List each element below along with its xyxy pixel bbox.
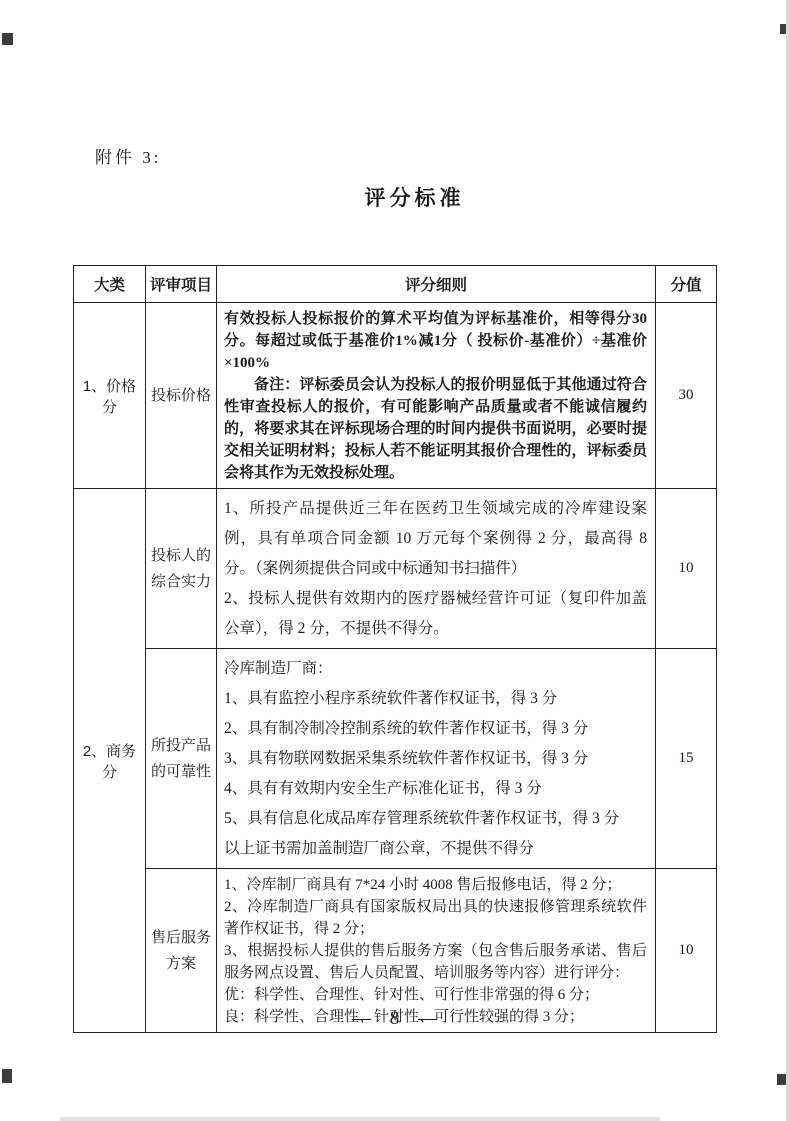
details-paragraph: 2、具有制冷制冷控制系统的软件著作权证书，得 3 分 [224, 714, 647, 744]
score-strength: 10 [656, 489, 717, 649]
header-review-item: 评审项目 [146, 266, 217, 303]
details-strength: 1、所投产品提供近三年在医药卫生领域完成的冷库建设案例，具有单项合同金额 10 … [217, 489, 656, 649]
table-header-row: 大类 评审项目 评分细则 分值 [74, 266, 717, 303]
details-paragraph: 1、冷库制厂商具有 7*24 小时 4008 售后报修电话，得 2 分； [224, 874, 647, 896]
table-row-strength: 2、商务分 投标人的综合实力 1、所投产品提供近三年在医药卫生领域完成的冷库建设… [74, 489, 717, 649]
header-scoring-details: 评分细则 [217, 266, 656, 303]
scan-artifact-bottom-left [2, 1069, 12, 1083]
scan-artifact-top-left [2, 33, 13, 45]
details-paragraph: 2、投标人提供有效期内的医疗器械经营许可证（复印件加盖公章），得 2 分，不提供… [224, 584, 647, 644]
category-commercial: 2、商务分 [74, 489, 146, 1033]
score-price: 30 [656, 303, 717, 489]
details-paragraph: 优：科学性、合理性、针对性、可行性非常强的得 6 分； [224, 984, 647, 1006]
page-number: — 8 — [0, 1008, 789, 1030]
details-paragraph: 冷库制造厂商： [224, 654, 647, 684]
details-paragraph: 备注：评标委员会认为投标人的报价明显低于其他通过符合性审查投标人的报价，有可能影… [224, 374, 647, 484]
scoring-table: 大类 评审项目 评分细则 分值 1、价格分 投标价格 有效投标人投标报价的算术平… [73, 265, 717, 1033]
page-title: 评分标准 [365, 182, 465, 212]
category-price: 1、价格分 [74, 303, 146, 489]
scan-edge-bottom [60, 1117, 660, 1121]
scan-artifact-bottom-right [777, 1074, 786, 1085]
details-bid-price: 有效投标人投标报价的算术平均值为评标基准价，相等得分30分。每超过或低于基准价1… [217, 303, 656, 489]
table-row-price: 1、价格分 投标价格 有效投标人投标报价的算术平均值为评标基准价，相等得分30分… [74, 303, 717, 489]
attachment-label: 附件 3: [95, 143, 161, 168]
review-item-strength: 投标人的综合实力 [146, 489, 217, 649]
review-item-reliability: 所投产品的可靠性 [146, 649, 217, 869]
review-item-bid-price: 投标价格 [146, 303, 217, 489]
details-paragraph: 有效投标人投标报价的算术平均值为评标基准价，相等得分30分。每超过或低于基准价1… [224, 308, 647, 374]
details-paragraph: 4、具有有效期内安全生产标准化证书，得 3 分 [224, 774, 647, 804]
details-paragraph: 1、所投产品提供近三年在医药卫生领域完成的冷库建设案例，具有单项合同金额 10 … [224, 494, 647, 584]
details-paragraph: 2、冷库制造厂商具有国家版权局出具的快速报修管理系统软件著作权证书，得 2 分； [224, 896, 647, 940]
details-paragraph: 3、根据投标人提供的售后服务方案（包含售后服务承诺、售后服务网点设置、售后人员配… [224, 940, 647, 984]
details-paragraph: 5、具有信息化成品库存管理系统软件著作权证书，得 3 分 [224, 804, 647, 834]
header-score: 分值 [656, 266, 717, 303]
details-reliability: 冷库制造厂商： 1、具有监控小程序系统软件著作权证书，得 3 分 2、具有制冷制… [217, 649, 656, 869]
header-category: 大类 [74, 266, 146, 303]
table-row-reliability: 所投产品的可靠性 冷库制造厂商： 1、具有监控小程序系统软件著作权证书，得 3 … [74, 649, 717, 869]
details-paragraph: 1、具有监控小程序系统软件著作权证书，得 3 分 [224, 684, 647, 714]
details-paragraph: 以上证书需加盖制造厂商公章，不提供不得分 [224, 834, 647, 864]
score-reliability: 15 [656, 649, 717, 869]
document-page: 附件 3: 评分标准 大类 评审项目 评分细则 分值 1、价格分 投标价格 有效… [0, 0, 789, 1121]
details-paragraph: 3、具有物联网数据采集系统软件著作权证书，得 3 分 [224, 744, 647, 774]
